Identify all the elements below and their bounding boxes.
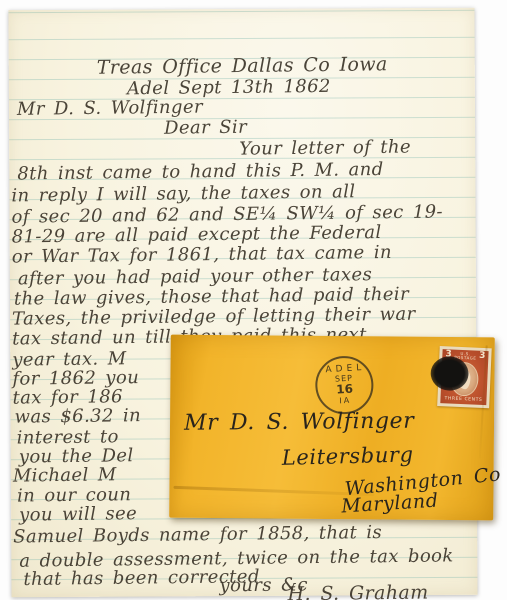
letter-line: Dear Sir — [164, 117, 247, 139]
address-line: Leitersburg — [281, 442, 413, 469]
postmark-day: 16 — [336, 383, 353, 397]
photo-background: Treas Office Dallas Co IowaAdel Sept 13t… — [0, 0, 507, 600]
postmark-state: IA — [339, 397, 351, 406]
address-line: Mr D. S. Wolfinger — [184, 409, 415, 436]
envelope: ADEL SEP 16 IA 3 U.S. POSTAGE 3 THREE CE… — [169, 335, 495, 521]
letter-line: Treas Office Dallas Co Iowa — [97, 53, 388, 79]
letter-line: Samuel Boyds name for 1858, that is — [13, 522, 382, 548]
letter-line: you will see — [19, 503, 137, 525]
stamp-value-label: THREE CENTS — [444, 396, 482, 405]
letter-line: was $6.32 in — [14, 405, 141, 428]
letter-text: Treas Office Dallas Co IowaAdel Sept 13t… — [8, 8, 474, 10]
letter-line: Michael M — [13, 464, 117, 486]
postmark-icon: ADEL SEP 16 IA — [314, 354, 375, 415]
letter-line: H. S. Graham — [287, 582, 428, 600]
letter-line: Mr D. S. Wolfinger — [17, 97, 203, 120]
letter-line: Adel Sept 13th 1862 — [127, 76, 331, 99]
letter-line: Your letter of the — [239, 137, 411, 160]
